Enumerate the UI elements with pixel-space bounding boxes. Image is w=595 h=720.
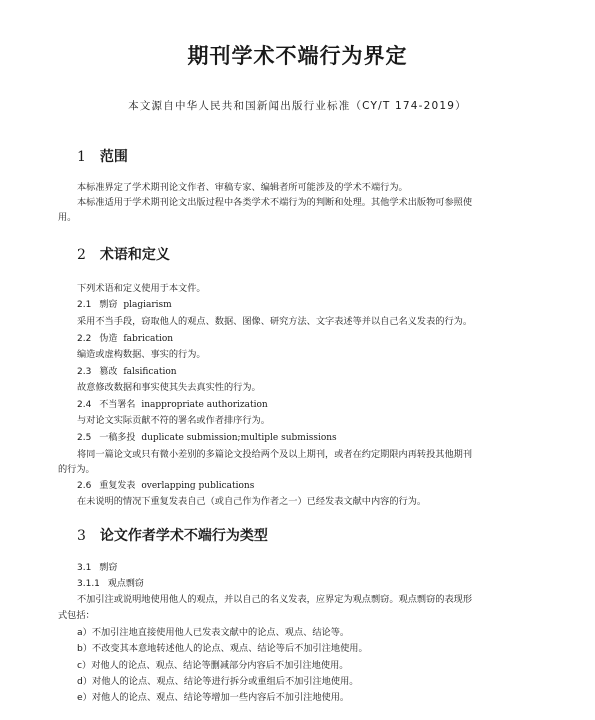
paragraph: 本标准适用于学术期刊论文出版过程中各类学术不端行为的判断和处理。其他学术出版物可… <box>77 197 472 209</box>
document-source: 本文源自中华人民共和国新闻出版行业标准（CY/T 174-2019） <box>0 98 595 113</box>
term-heading: 2.5一稿多投duplicate submission;multiple sub… <box>77 432 337 444</box>
term-definition: 在未说明的情况下重复发表自己（或自己作为作者之一）已经发表文献中内容的行为。 <box>77 496 426 508</box>
term-definition: 故意修改数据和事实使其失去真实性的行为。 <box>77 382 261 394</box>
subsection-heading: 3.1.1观点剽窃 <box>77 578 144 590</box>
term-heading: 2.2伪造fabrication <box>77 333 173 345</box>
section-1-heading: 1范围 <box>77 146 128 166</box>
section-title: 范围 <box>100 149 128 165</box>
term-definition: 将同一篇论文或只有微小差别的多篇论文投给两个及以上期刊，或者在约定期限内再转投其… <box>77 449 472 461</box>
list-item: c）对他人的论点、观点、结论等删减部分内容后不加引注地使用。 <box>77 660 349 672</box>
term-heading: 2.6重复发表overlapping publications <box>77 480 254 492</box>
term-definition: 的行为。 <box>58 464 95 476</box>
list-item: a）不加引注地直接使用他人已发表文献中的论点、观点、结论等。 <box>77 627 349 639</box>
paragraph: 用。 <box>58 212 76 224</box>
section-3-heading: 3论文作者学术不端行为类型 <box>77 525 268 545</box>
section-title: 论文作者学术不端行为类型 <box>100 528 268 544</box>
term-definition: 采用不当手段，窃取他人的观点、数据、图像、研究方法、文字表述等并以自己名义发表的… <box>77 316 472 328</box>
list-item: e）对他人的论点、观点、结论等增加一些内容后不加引注地使用。 <box>77 692 349 704</box>
section-2-heading: 2术语和定义 <box>77 244 170 264</box>
paragraph: 本标准界定了学术期刊论文作者、审稿专家、编辑者所可能涉及的学术不端行为。 <box>77 182 408 194</box>
subsection-heading: 3.1剽窃 <box>77 562 117 574</box>
document-page: 期刊学术不端行为界定 本文源自中华人民共和国新闻出版行业标准（CY/T 174-… <box>0 0 595 720</box>
list-item: d）对他人的论点、观点、结论等进行拆分或重组后不加引注地使用。 <box>77 676 358 688</box>
paragraph: 不加引注或说明地使用他人的观点，并以自己的名义发表，应界定为观点剽窃。观点剽窃的… <box>77 594 472 606</box>
section-number: 3 <box>77 528 86 544</box>
document-title: 期刊学术不端行为界定 <box>0 40 595 70</box>
term-heading: 2.1剽窃plagiarism <box>77 299 172 311</box>
term-heading: 2.4不当署名inappropriate authorization <box>77 399 268 411</box>
section-number: 2 <box>77 247 86 263</box>
paragraph: 下列术语和定义使用于本文件。 <box>77 283 206 295</box>
section-number: 1 <box>77 149 86 165</box>
list-item: b）不改变其本意地转述他人的论点、观点、结论等后不加引注地使用。 <box>77 643 368 655</box>
term-definition: 编造或虚构数据、事实的行为。 <box>77 349 206 361</box>
term-heading: 2.3篡改falsification <box>77 366 177 378</box>
term-definition: 与对论文实际贡献不符的署名或作者排序行为。 <box>77 415 270 427</box>
section-title: 术语和定义 <box>100 247 170 263</box>
paragraph: 式包括： <box>58 610 95 622</box>
